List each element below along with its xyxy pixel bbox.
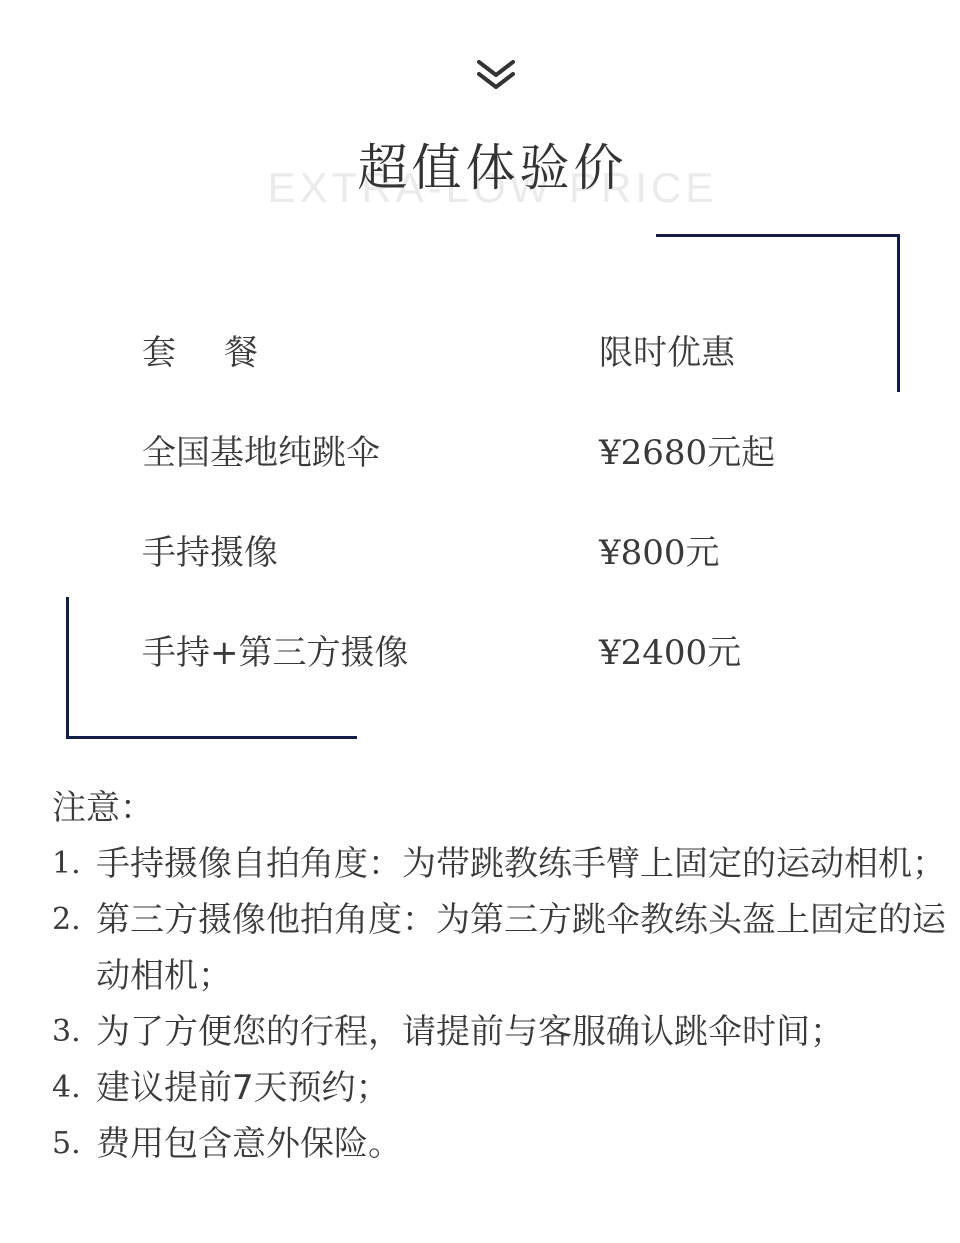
- note-number: 5.: [52, 1116, 81, 1172]
- package-price: ¥800元: [599, 525, 720, 574]
- column-header-price: 限时优惠: [599, 325, 735, 374]
- note-number: 2.: [52, 892, 81, 948]
- note-number: 1.: [52, 836, 81, 892]
- note-item: 5. 费用包含意外保险。: [52, 1116, 952, 1172]
- table-row: 手持摄像 ¥800元: [142, 525, 842, 625]
- section-header: EXTRA-LOW PRICE 超值体验价: [0, 120, 960, 220]
- notes-title: 注意：: [52, 780, 952, 836]
- note-text: 费用包含意外保险。: [96, 1116, 952, 1172]
- note-item: 3. 为了方便您的行程，请提前与客服确认跳伞时间；: [52, 1004, 952, 1060]
- note-text: 第三方摄像他拍角度：为第三方跳伞教练头盔上固定的运动相机；: [96, 892, 952, 1004]
- package-price: ¥2680元起: [599, 425, 775, 474]
- note-item: 2. 第三方摄像他拍角度：为第三方跳伞教练头盔上固定的运动相机；: [52, 892, 952, 1004]
- table-row: 手持+第三方摄像 ¥2400元: [142, 625, 842, 725]
- note-text: 建议提前7天预约；: [96, 1060, 952, 1116]
- package-price: ¥2400元: [599, 625, 741, 674]
- double-chevron-down-icon: [475, 56, 517, 94]
- package-name: 手持+第三方摄像: [142, 625, 409, 674]
- note-number: 3.: [52, 1004, 81, 1060]
- note-text: 为了方便您的行程，请提前与客服确认跳伞时间；: [96, 1004, 952, 1060]
- price-table: 套餐 限时优惠 全国基地纯跳伞 ¥2680元起 手持摄像 ¥800元 手持+第三…: [142, 325, 842, 725]
- note-number: 4.: [52, 1060, 81, 1116]
- package-name: 手持摄像: [142, 525, 278, 574]
- note-item: 1. 手持摄像自拍角度：为带跳教练手臂上固定的运动相机；: [52, 836, 952, 892]
- package-name: 全国基地纯跳伞: [142, 425, 380, 474]
- table-row: 全国基地纯跳伞 ¥2680元起: [142, 425, 842, 525]
- column-header-package: 套餐: [142, 325, 306, 374]
- section-title: 超值体验价: [0, 128, 960, 200]
- note-item: 4. 建议提前7天预约；: [52, 1060, 952, 1116]
- notes-section: 注意： 1. 手持摄像自拍角度：为带跳教练手臂上固定的运动相机； 2. 第三方摄…: [52, 780, 952, 1172]
- note-text: 手持摄像自拍角度：为带跳教练手臂上固定的运动相机；: [96, 836, 952, 892]
- price-table-header: 套餐 限时优惠: [142, 325, 842, 425]
